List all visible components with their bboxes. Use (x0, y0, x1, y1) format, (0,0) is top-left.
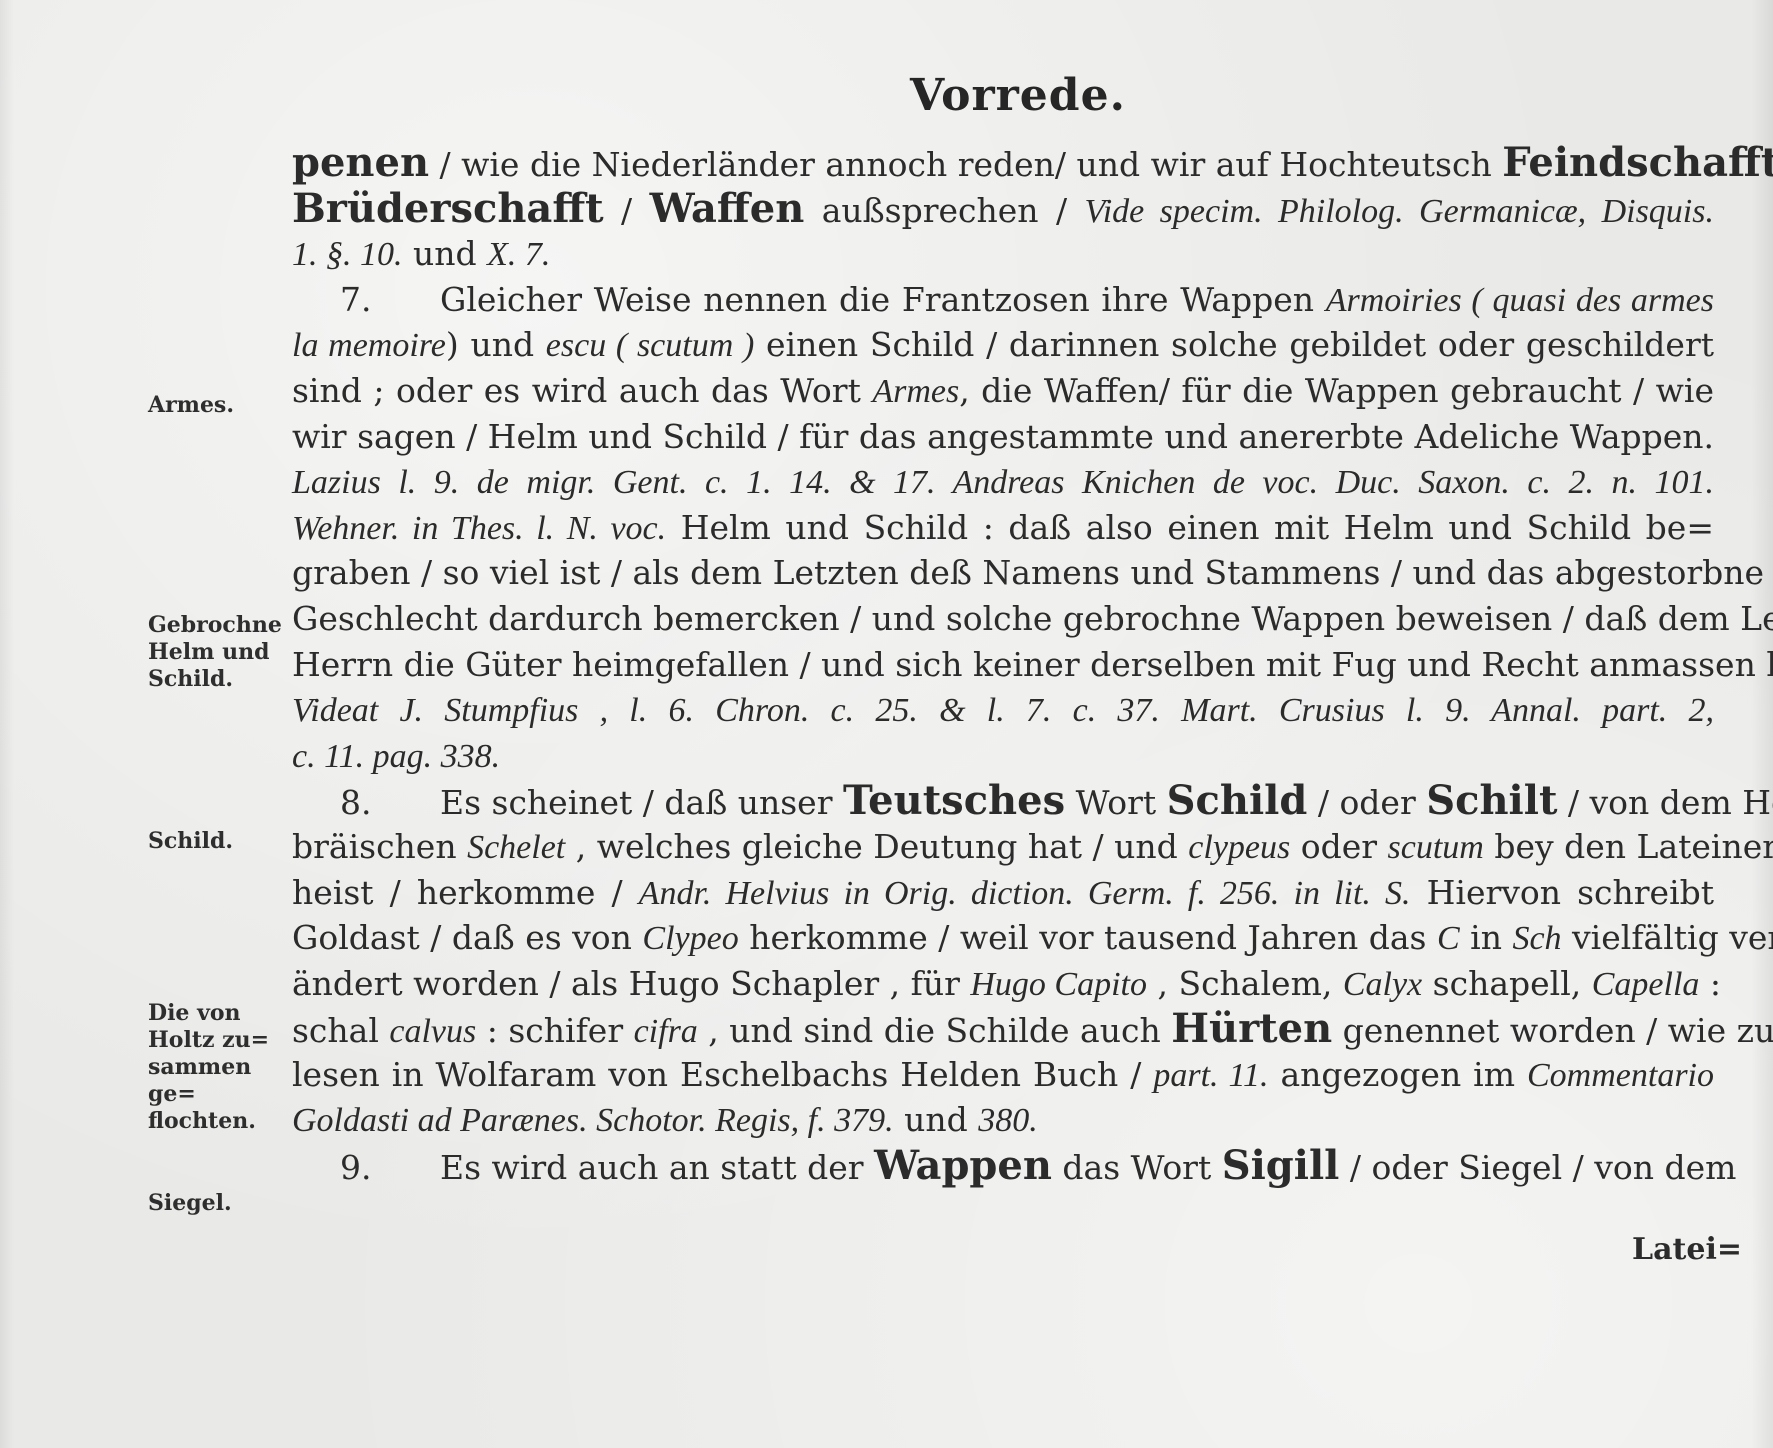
latin-citation: la memoire (292, 327, 446, 364)
text-segment: Es wird auch an statt der (440, 1148, 874, 1187)
latin-citation: Lazius l. 9. de migr. Gent. c. 1. 14. & … (292, 464, 1714, 501)
text-segment: Gleicher Weise nennen die Frantzosen ihr… (440, 280, 1326, 319)
latin-citation: cifra (634, 1013, 698, 1050)
emphasized-word: Brüderschafft (292, 185, 604, 232)
latin-citation: Commentario (1527, 1057, 1714, 1094)
page-left-edge-shadow (0, 0, 14, 1448)
latin-citation: part. 11. (1153, 1057, 1268, 1094)
text-segment: das Wort (1052, 1148, 1222, 1187)
text-line: Herrn die Güter heimgefallen / und sich … (292, 642, 1714, 688)
text-line: penen / wie die Niederländer annoch rede… (292, 140, 1714, 186)
body-text: penen / wie die Niederländer annoch rede… (292, 140, 1714, 1189)
margin-note-siegel: Siegel. (148, 1190, 232, 1217)
emphasized-word: Schilt (1426, 777, 1557, 824)
text-segment: , Schalem, (1147, 964, 1343, 1003)
text-line: Brüderschafft / Waffen außsprechen / Vid… (292, 186, 1714, 232)
document-page: Vorrede. Armes.GebrochneHelm undSchild.S… (0, 0, 1773, 1448)
text-segment: Wort (1065, 783, 1167, 822)
emphasized-word: Waffen (650, 185, 805, 232)
margin-note-schild: Schild. (148, 828, 233, 855)
text-segment: / oder Siegel / von dem (1339, 1148, 1736, 1187)
text-segment: Es scheinet / daß unser (440, 783, 843, 822)
latin-citation: Clypeo (642, 920, 738, 957)
margin-note-line: Schild. (148, 666, 282, 693)
latin-citation: X. 7. (487, 236, 550, 273)
text-segment: ) und (446, 325, 546, 364)
latin-citation: Goldasti ad Parænes. Schotor. Regis, f. … (292, 1102, 894, 1139)
margin-note-line: sammen ge= (148, 1054, 288, 1108)
emphasized-word: Sigill (1222, 1142, 1340, 1189)
text-segment: Goldast / daß es von (292, 918, 642, 957)
text-segment: / oder (1307, 783, 1426, 822)
latin-citation: 380. (978, 1102, 1038, 1139)
text-segment: bräischen (292, 827, 467, 866)
text-line: sind ; oder es wird auch das Wort Armes,… (292, 368, 1714, 414)
text-segment: / (604, 191, 650, 230)
latin-citation: Hugo Capito (970, 966, 1147, 1003)
text-segment: Helm und Schild : daß also einen mit Hel… (666, 508, 1714, 547)
text-segment: Geschlecht dardurch bemercken / und solc… (292, 599, 1773, 638)
latin-citation: clypeus (1188, 829, 1290, 866)
margin-note-line: Siegel. (148, 1190, 232, 1217)
emphasized-word: Teutsches (843, 777, 1065, 824)
margin-note-gebrochne: GebrochneHelm undSchild. (148, 612, 282, 693)
text-segment: in (1460, 918, 1513, 957)
latin-citation: scutum (1388, 829, 1484, 866)
latin-citation: Sch (1512, 920, 1561, 957)
text-segment: und (403, 234, 488, 273)
page-right-edge-shadow (1751, 0, 1773, 1448)
margin-note-line: Schild. (148, 828, 233, 855)
text-line: graben / so viel ist / als dem Letzten d… (292, 550, 1714, 596)
paragraph-number: 7. (340, 277, 440, 323)
margin-note-line: Holtz zu= (148, 1027, 288, 1054)
emphasized-word: Hürten (1171, 1005, 1332, 1052)
text-segment: : (1699, 964, 1721, 1003)
paragraph-number: 9. (340, 1145, 440, 1191)
text-segment: / von dem He= (1557, 783, 1773, 822)
text-segment: Hiervon schreibt (1411, 873, 1715, 912)
text-segment: , und sind die Schilde auch (698, 1011, 1171, 1050)
margin-note-line: Die von (148, 1000, 288, 1027)
latin-citation: calvus (389, 1013, 476, 1050)
text-line: Wehner. in Thes. l. N. voc. Helm und Sch… (292, 505, 1714, 551)
latin-citation: escu ( scutum ) (546, 327, 755, 364)
text-line: heist / herkomme / Andr. Helvius in Orig… (292, 870, 1714, 916)
text-line: Videat J. Stumpfius , l. 6. Chron. c. 25… (292, 687, 1714, 733)
text-line: 9.Es wird auch an statt der Wappen das W… (292, 1143, 1714, 1189)
text-segment: , welches gleiche Deutung hat / und (565, 827, 1188, 866)
text-segment: schapell, (1422, 964, 1592, 1003)
text-segment: einen Schild / darinnen solche gebildet … (754, 325, 1714, 364)
latin-citation: Armes (872, 373, 959, 410)
text-segment: angezogen im (1268, 1055, 1527, 1094)
text-segment: heist / herkomme / (292, 873, 639, 912)
emphasized-word: Wappen (874, 1142, 1052, 1189)
text-segment: schal (292, 1011, 389, 1050)
text-segment: , die Waffen/ für die Wappen gebraucht /… (959, 371, 1714, 410)
text-segment: oder (1290, 827, 1387, 866)
text-line: bräischen Schelet , welches gleiche Deut… (292, 824, 1714, 870)
text-segment: lesen in Wolfaram von Eschelbachs Helden… (292, 1055, 1153, 1094)
margin-note-line: Armes. (148, 392, 234, 419)
text-line: schal calvus : schifer cifra , und sind … (292, 1006, 1714, 1052)
text-segment: bey den Lateinern (1484, 827, 1773, 866)
margin-note-line: flochten. (148, 1108, 288, 1135)
text-line: 1. §. 10. und X. 7. (292, 231, 1714, 277)
emphasized-word: Schild (1167, 777, 1308, 824)
latin-citation: Armoiries ( quasi des armes (1326, 282, 1714, 319)
text-line: wir sagen / Helm und Schild / für das an… (292, 414, 1714, 460)
text-segment: : schifer (476, 1011, 633, 1050)
paragraph-number: 8. (340, 780, 440, 826)
text-line: Geschlecht dardurch bemercken / und solc… (292, 596, 1714, 642)
margin-note-holtz: Die vonHoltz zu=sammen ge=flochten. (148, 1000, 288, 1135)
text-line: lesen in Wolfaram von Eschelbachs Helden… (292, 1052, 1714, 1098)
text-line: Goldasti ad Parænes. Schotor. Regis, f. … (292, 1097, 1714, 1143)
text-segment: herkomme / weil vor tausend Jahren das (739, 918, 1437, 957)
text-segment: und (894, 1100, 979, 1139)
margin-note-line: Helm und (148, 639, 282, 666)
latin-citation: c. 11. pag. 338. (292, 738, 500, 775)
text-segment: außsprechen / (804, 191, 1084, 230)
latin-citation: Vide specim. Philolog. Germanicæ, Disqui… (1084, 193, 1714, 230)
latin-citation: C (1437, 920, 1460, 957)
text-segment: genennet worden / wie zu= (1332, 1011, 1773, 1050)
latin-citation: Videat J. Stumpfius , l. 6. Chron. c. 25… (292, 692, 1714, 729)
text-line: 7.Gleicher Weise nennen die Frantzosen i… (292, 277, 1714, 323)
text-line: 8.Es scheinet / daß unser Teutsches Wort… (292, 778, 1714, 824)
text-segment: sind ; oder es wird auch das Wort (292, 371, 872, 410)
latin-citation: Andr. Helvius in Orig. diction. Germ. f.… (639, 875, 1411, 912)
text-segment: graben / so viel ist / als dem Letzten d… (292, 553, 1764, 592)
text-line: Lazius l. 9. de migr. Gent. c. 1. 14. & … (292, 459, 1714, 505)
emphasized-word: Feindschafft (1502, 139, 1773, 186)
text-segment: / wie die Niederländer annoch reden/ und… (429, 145, 1502, 184)
text-segment: vielfältig ver= (1562, 918, 1773, 957)
text-line: ändert worden / als Hugo Schapler , für … (292, 961, 1714, 1007)
latin-citation: Capella (1592, 966, 1700, 1003)
latin-citation: Wehner. in Thes. l. N. voc. (292, 510, 666, 547)
text-segment: wir sagen / Helm und Schild / für das an… (292, 417, 1714, 456)
text-line: c. 11. pag. 338. (292, 733, 1714, 779)
emphasized-word: penen (292, 139, 429, 186)
latin-citation: Calyx (1343, 966, 1422, 1003)
text-segment: ändert worden / als Hugo Schapler , für (292, 964, 970, 1003)
latin-citation: 1. §. 10. (292, 236, 403, 273)
page-header: Vorrede. (910, 70, 1126, 121)
margin-note-line: Gebrochne (148, 612, 282, 639)
margin-note-armes: Armes. (148, 392, 234, 419)
text-line: la memoire) und escu ( scutum ) einen Sc… (292, 322, 1714, 368)
text-segment: Herrn die Güter heimgefallen / und sich … (292, 645, 1773, 684)
catchword: Latei= (1632, 1232, 1742, 1267)
text-line: Goldast / daß es von Clypeo herkomme / w… (292, 915, 1714, 961)
latin-citation: Schelet (467, 829, 565, 866)
